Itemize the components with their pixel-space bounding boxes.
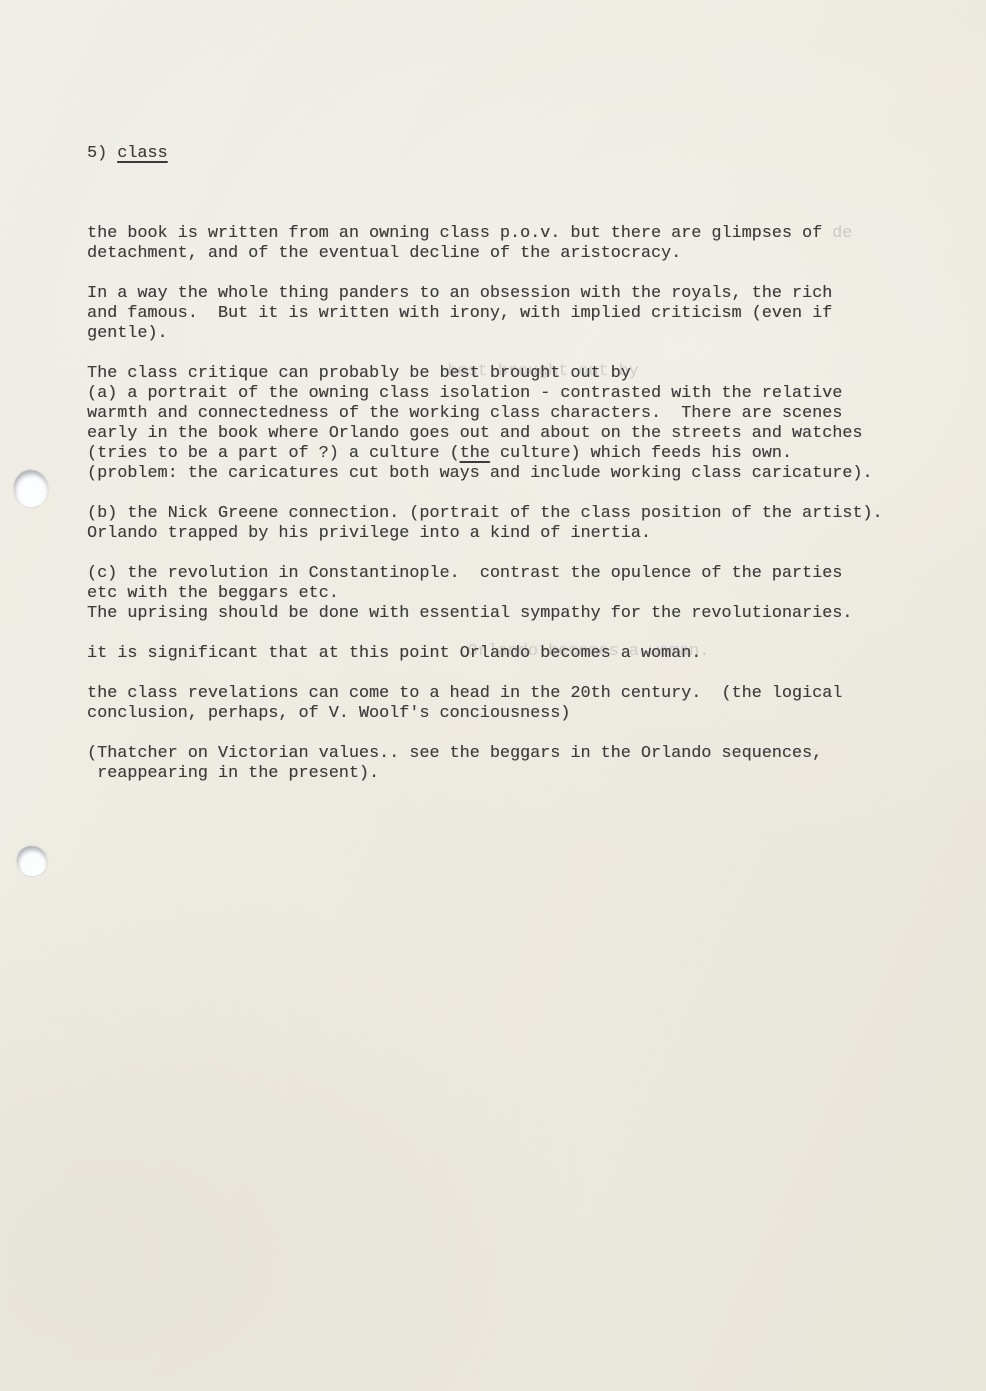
text-line: In a way the whole thing panders to an o…	[87, 284, 967, 304]
double-struck-text: best brought out by	[439, 364, 630, 383]
document-body: the book is written from an owning class…	[87, 224, 967, 784]
text-line: the book is written from an owning class…	[87, 224, 967, 244]
section-number: 5)	[87, 144, 117, 163]
text-line: detachment, and of the eventual decline …	[87, 244, 967, 264]
paragraph: The class critique can probably be best …	[87, 364, 967, 484]
text-line: the class revelations can come to a head…	[87, 684, 967, 704]
paragraph: (b) the Nick Greene connection. (portrai…	[87, 504, 967, 544]
text-run: In a way the whole thing panders to an o…	[87, 284, 832, 303]
section-title: class	[117, 144, 167, 163]
text-run: (Thatcher on Victorian values.. see the …	[87, 744, 822, 763]
punch-hole-bottom	[17, 846, 47, 876]
text-run: (tries to be a part of ?) a culture (	[87, 444, 460, 463]
text-run: (a) a portrait of the owning class isola…	[87, 384, 842, 403]
paragraph: (Thatcher on Victorian values.. see the …	[87, 744, 967, 784]
text-line: conclusion, perhaps, of V. Woolf's conci…	[87, 704, 967, 724]
text-line: early in the book where Orlando goes out…	[87, 424, 967, 444]
text-run: warmth and connectedness of the working …	[87, 404, 842, 423]
text-run: and famous. But it is written with irony…	[87, 304, 832, 323]
text-line: The uprising should be done with essenti…	[87, 604, 967, 624]
text-run: (problem: the caricatures cut both ways …	[87, 464, 873, 483]
text-run: conclusion, perhaps, of V. Woolf's conci…	[87, 704, 570, 723]
document: 5) class the book is written from an own…	[87, 104, 967, 844]
double-struck-text: Orlando becomes a woman.	[460, 644, 702, 663]
paragraph: the book is written from an owning class…	[87, 224, 967, 264]
text-run: the book is written from an owning class…	[87, 224, 822, 243]
text-line: (c) the revolution in Constantinople. co…	[87, 564, 967, 584]
text-line: (tries to be a part of ?) a culture (the…	[87, 444, 967, 464]
text-line: it is significant that at this point Orl…	[87, 644, 967, 664]
paragraph: In a way the whole thing panders to an o…	[87, 284, 967, 344]
text-run: The uprising should be done with essenti…	[87, 604, 852, 623]
text-line: The class critique can probably be best …	[87, 364, 967, 384]
paragraph: (c) the revolution in Constantinople. co…	[87, 564, 967, 624]
paragraph: it is significant that at this point Orl…	[87, 644, 967, 664]
text-run: The class critique can probably be	[87, 364, 439, 383]
text-line: gentle).	[87, 324, 967, 344]
text-run: it is significant that at this point	[87, 644, 460, 663]
text-run: etc with the beggars etc.	[87, 584, 339, 603]
text-line: (b) the Nick Greene connection. (portrai…	[87, 504, 967, 524]
text-run: gentle).	[87, 324, 168, 343]
text-line: Orlando trapped by his privilege into a …	[87, 524, 967, 544]
text-line: reappearing in the present).	[87, 764, 967, 784]
text-run: early in the book where Orlando goes out…	[87, 424, 862, 443]
text-line: etc with the beggars etc.	[87, 584, 967, 604]
text-line: (problem: the caricatures cut both ways …	[87, 464, 967, 484]
text-run: detachment, and of the eventual decline …	[87, 244, 681, 263]
text-line: and famous. But it is written with irony…	[87, 304, 967, 324]
text-run: reappearing in the present).	[87, 764, 379, 783]
underlined-text: the	[460, 444, 490, 463]
text-run: the class revelations can come to a head…	[87, 684, 842, 703]
paragraph: the class revelations can come to a head…	[87, 684, 967, 724]
scanned-page: 5) class the book is written from an own…	[0, 0, 986, 1391]
text-run: (b) the Nick Greene connection. (portrai…	[87, 504, 883, 523]
ghost-text: de	[822, 224, 852, 243]
text-line: (Thatcher on Victorian values.. see the …	[87, 744, 967, 764]
text-run: Orlando trapped by his privilege into a …	[87, 524, 651, 543]
text-run: (c) the revolution in Constantinople. co…	[87, 564, 842, 583]
text-line: warmth and connectedness of the working …	[87, 404, 967, 424]
text-line: (a) a portrait of the owning class isola…	[87, 384, 967, 404]
section-heading: 5) class	[87, 144, 967, 164]
text-run: culture) which feeds his own.	[490, 444, 792, 463]
punch-hole-top	[14, 470, 48, 507]
